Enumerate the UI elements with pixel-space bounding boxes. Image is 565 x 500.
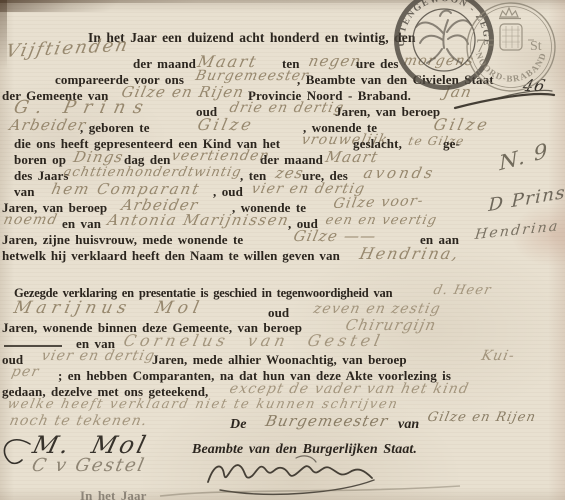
- printed-geboren-te: , geboren te: [80, 121, 150, 135]
- hw-birth-day: veertienden: [170, 149, 271, 164]
- printed-ge-hyphen: ge-: [443, 137, 460, 151]
- printed-boren-op: boren op: [14, 153, 66, 167]
- bottom-faint-scrawl: [150, 480, 470, 500]
- hw-birthplace-comparant: Gilze: [196, 116, 256, 134]
- document-page: In het Jaar een duizend acht honderd en …: [0, 0, 565, 500]
- hw-birth-year: achttienhonderdtwintig: [62, 166, 243, 180]
- printed-de: De: [230, 417, 247, 432]
- witness1-signature-flourish: [0, 430, 44, 478]
- printed-der-maand: der maand: [133, 57, 196, 71]
- witness2-signature: C v Gestel: [30, 456, 148, 476]
- hw-witness2-occupation-1: Kui-: [480, 349, 516, 364]
- printed-van-2: van: [398, 417, 419, 432]
- printed-year-line: In het Jaar een duizend acht honderd en …: [88, 31, 415, 46]
- top-left-corner-shadow: [0, 0, 150, 12]
- margin-surname: D Prins: [488, 183, 565, 216]
- printed-en-van: en van: [62, 217, 101, 231]
- hw-burgemeester: Burgemeester: [264, 413, 390, 430]
- hw-birth-hour: zes: [274, 165, 306, 182]
- blank-line-rule: [4, 345, 62, 347]
- hw-den-heer: d. Heer: [432, 284, 493, 298]
- hw-witness1-name: Marijnus Mol: [12, 299, 205, 318]
- printed-witness2-residence: Jaren, mede alhier Woonachtig, van beroe…: [152, 353, 407, 367]
- printed-next-act-partial: In het Jaar: [80, 489, 147, 500]
- hw-comparant-name: G. Prins: [12, 98, 153, 118]
- hw-birth-time-of-day: avonds: [362, 165, 437, 182]
- hw-registration-day: Vijftienden: [4, 36, 131, 62]
- hw-gilze-en-rijen-2: Gilze en Rijen: [426, 411, 537, 425]
- noord-braband-tax-stamp: 7 St NOORD-BRABAND: [464, 0, 558, 94]
- hw-cannot-write: welke heeft verklaard niet te kunnen sch…: [6, 398, 400, 412]
- margin-child-name: Hendrina: [474, 219, 560, 243]
- act-number: N. 9: [498, 140, 549, 176]
- hw-registration-hour: negen: [307, 53, 363, 70]
- printed-naam-geven: hetwelk hij verklaard heeft den Naam te …: [2, 249, 340, 263]
- hw-except-father: except de vader van het kind: [228, 382, 471, 397]
- hw-birth-weekday: Dings: [72, 149, 125, 166]
- hw-witness2-name: Cornelus van Gestel: [122, 332, 385, 350]
- hw-noemd: noemd: [2, 213, 59, 228]
- printed-van: van: [14, 185, 35, 199]
- printed-huisvrouw: Jaren, zijne huisvrouw, mede wonende te: [2, 233, 243, 247]
- printed-oud-2: , oud: [213, 185, 243, 199]
- hw-mother-name: Antonia Marijnissen: [106, 212, 291, 229]
- printed-jaren-beroep: Jaren, van beroep: [335, 105, 440, 119]
- hw-child-name: Hendrina,: [358, 245, 461, 263]
- hw-father-residence: Gilze voor-: [332, 194, 425, 213]
- hw-noch-te-tekenen: noch te tekenen.: [8, 414, 149, 429]
- printed-oud-4: oud: [268, 306, 289, 320]
- hw-mother-residence: Gilze ——: [292, 228, 378, 245]
- hw-witness2-age: vier en dertig: [40, 349, 157, 364]
- hw-comparant-occupation: Arbeider: [8, 117, 88, 134]
- hw-witness2-occupation-2: per: [10, 365, 41, 380]
